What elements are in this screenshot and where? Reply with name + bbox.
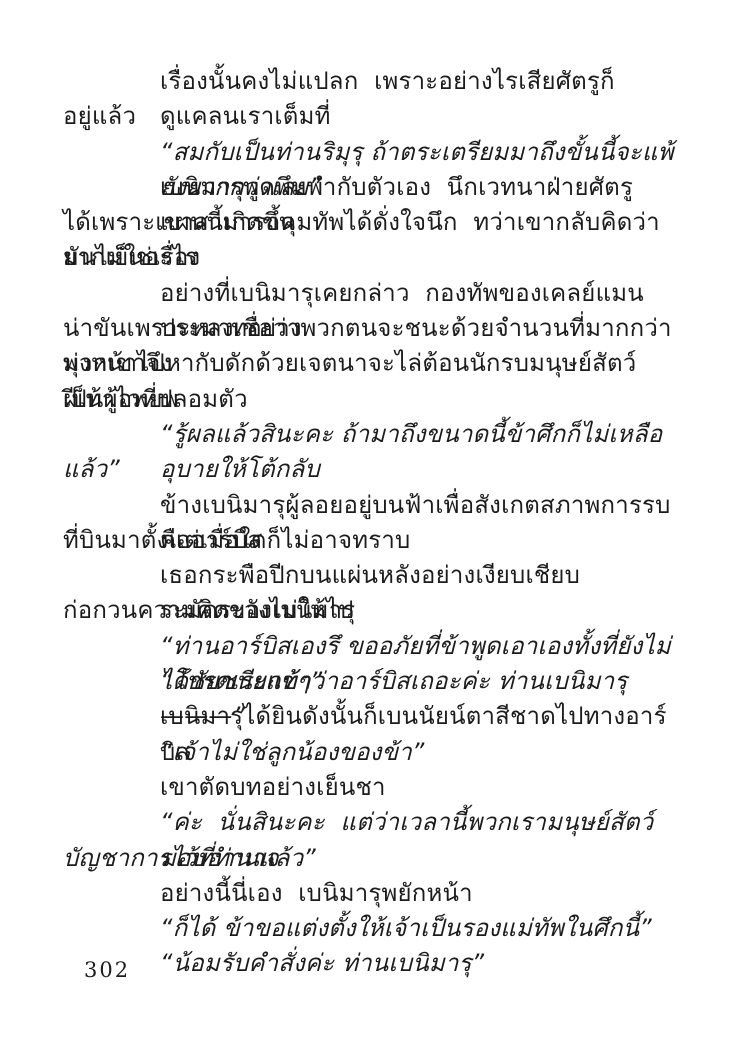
text-line: เธอกระพือปีกบนแผ่นหลังอย่างเงียบเชียบ ระ… — [63, 558, 678, 593]
text-line: “น้อมรับคำสั่งค่ะ ท่านเบนิมารุ” — [63, 946, 678, 981]
text-line: อยู่แล้ว — [63, 99, 678, 134]
text-line: ที่บินมาตั้งแต่เมื่อใดก็ไม่อาจทราบ — [63, 523, 678, 558]
text-line: บัญชาการไว้ที่ท่านแล้ว” — [63, 841, 678, 876]
text-line: “เจ้าไม่ใช่ลูกน้องของข้า” — [63, 735, 678, 770]
text-line: ได้เพราะเขาสามารถคุมทัพได้ดั่งใจนึก ทว่า… — [63, 205, 678, 240]
text-line: เบนิมารุพูดพึมพำกับตัวเอง นึกเวทนาฝ่ายศั… — [63, 170, 678, 205]
book-page: เรื่องนั้นคงไม่แปลก เพราะอย่างไรเสียศัตร… — [0, 0, 738, 1051]
text-line: “ค่ะ นั่นสินะคะ แต่ว่าเวลานี้พวกเรามนุษย… — [63, 805, 678, 840]
text-line: ข้างเบนิมารุผู้ลอยอยู่บนฟ้าเพื่อสังเกตสภ… — [63, 488, 678, 523]
text-line: อย่างนี้นี่เอง เบนิมารุพยักหน้า — [63, 876, 678, 911]
text-line: “รู้ผลแล้วสินะคะ ถ้ามาถึงขนาดนี้ข้าศึกก็… — [63, 417, 678, 452]
page-text: เรื่องนั้นคงไม่แปลก เพราะอย่างไรเสียศัตร… — [63, 64, 678, 982]
text-line: อย่างที่เบนิมารุเคยกล่าว กองทัพของเคลย์แ… — [63, 276, 678, 311]
text-line: “สมกับเป็นท่านริมุรุ ถ้าตระเตรียมมาถึงขั… — [63, 135, 678, 170]
text-line: “โปรดเรียกข้าว่าอาร์บิสเถอะค่ะ ท่านเบนิม… — [63, 664, 678, 699]
text-line: เขาตัดบทอย่างเย็นชา — [63, 770, 678, 805]
text-line: เป็นผู้อพยพ — [63, 382, 678, 417]
text-line: เรื่องนั้นคงไม่แปลก เพราะอย่างไรเสียศัตร… — [63, 64, 678, 99]
text-line: น่าขันเพราะหลงเชื่อว่าพวกตนจะชนะด้วยจำนว… — [63, 311, 678, 346]
page-number: 302 — [84, 958, 130, 982]
text-line: มุ่งหน้าไปหากับดักด้วยเจตนาจะไล่ต้อนนักร… — [63, 346, 678, 381]
text-line: ยากเย็นอะไร — [63, 240, 678, 275]
text-line: แล้ว” — [63, 452, 678, 487]
text-line: “ท่านอาร์บิสเองรึ ขออภัยที่ข้าพูดเอาเองท… — [63, 629, 678, 664]
text-line: “ก็ได้ ข้าขอแต่งตั้งให้เจ้าเป็นรองแม่ทัพ… — [63, 911, 678, 946]
text-line: เบนิมารุได้ยินดังนั้นก็เบนนัยน์ตาสีชาดไป… — [63, 699, 678, 734]
text-line: ก่อกวนความคิดของเบนิมารุ — [63, 593, 678, 628]
